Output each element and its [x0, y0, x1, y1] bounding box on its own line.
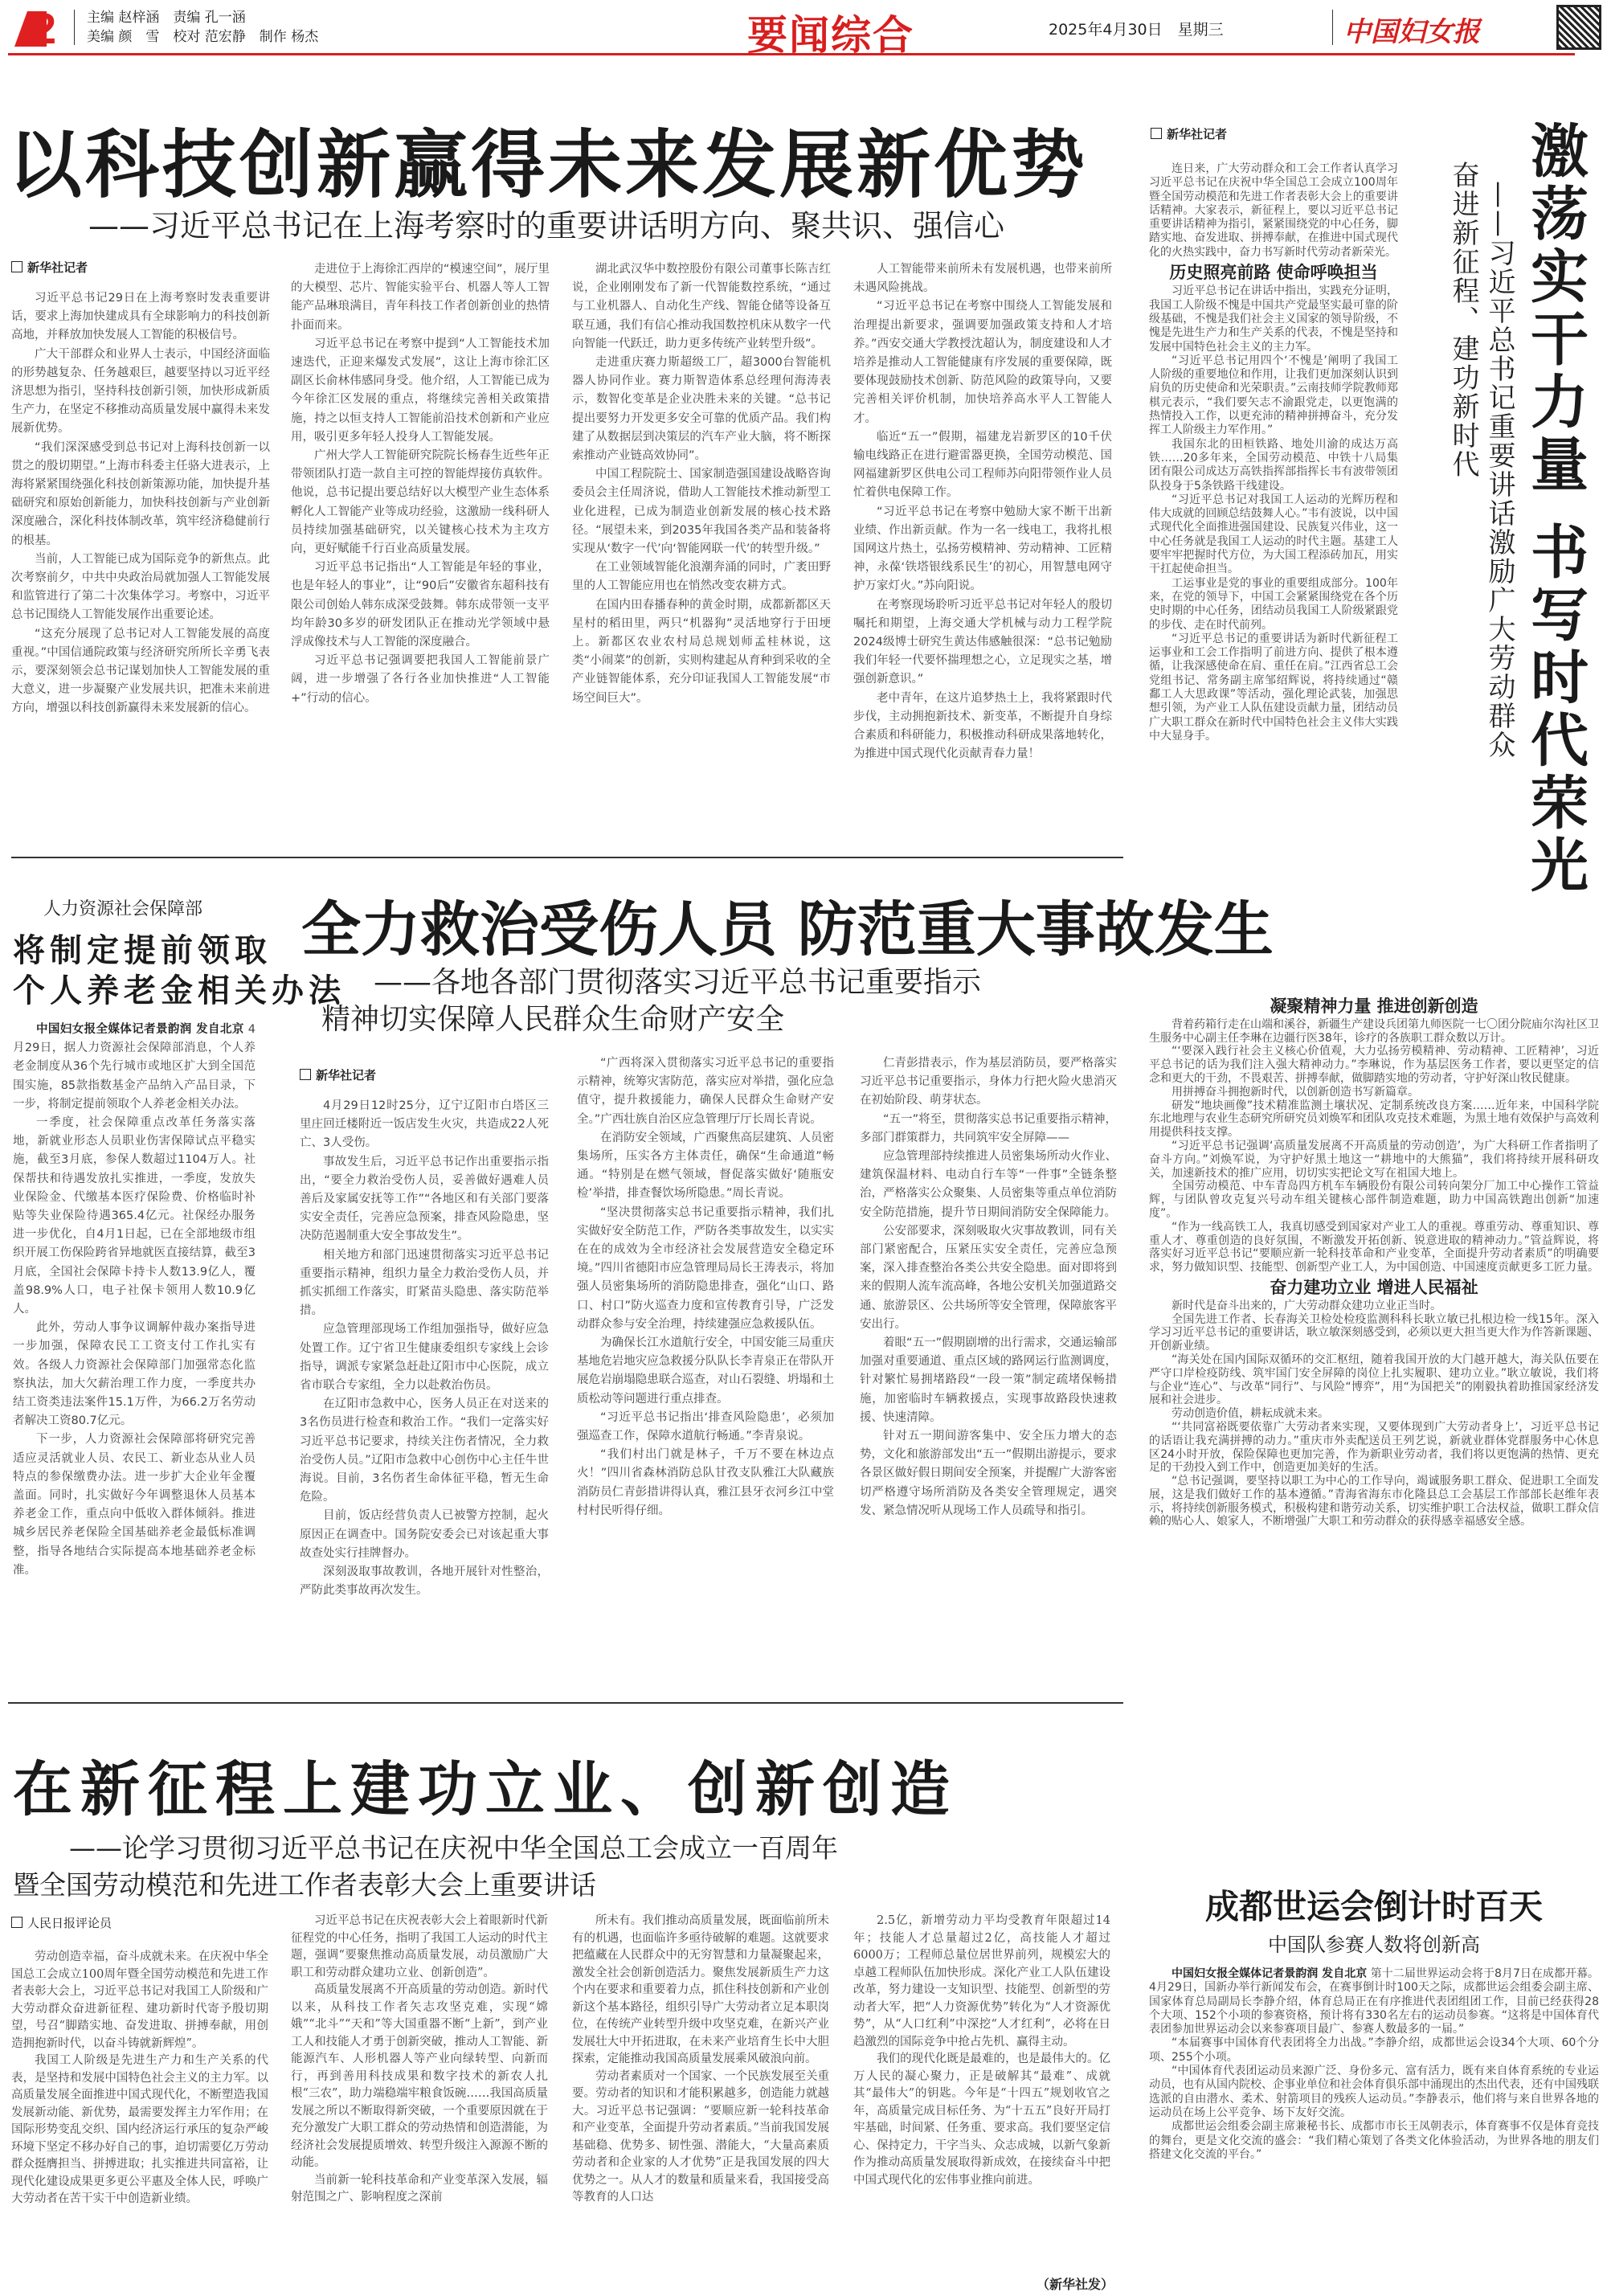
paragraph: 应急管理部持续推进人员密集场所动火作业、建筑保温材料、电动自行车等“一件事”全链…	[860, 1148, 1117, 1222]
paragraph: 我国工人阶级是先进生产力和生产关系的代表，是坚持和发展中国特色社会主义的主力军。…	[11, 2052, 268, 2208]
paragraph: “广西将深入贯彻落实习近平总书记的重要指示精神，统筹灾害防范，落实应对举措，强化…	[577, 1054, 834, 1129]
paragraph: 应急管理部现场工作组加强指导，做好应急处置工作。辽宁省卫生健康委组织专家线上会诊…	[300, 1320, 549, 1395]
newspaper-logo: 中国妇女报	[1343, 10, 1480, 49]
paragraph: 事故发生后，习近平总书记作出重要指示指出，“要全力救治受伤人员，妥善做好遇难人员…	[300, 1153, 549, 1246]
paragraph: 习近平总书记强调要把我国人工智能前景广阔，进一步增强了各行各业加快推进“人工智能…	[291, 652, 550, 708]
paragraph: “习近平总书记在考察中勉励大家不断干出新业绩、作出新贡献。作为一名一线电工，我将…	[853, 503, 1112, 596]
fire-byline: 新华社记者	[300, 1066, 376, 1083]
paragraph: “习近平总书记指出‘排查风险隐患’，必须加强巡查工作，保障水道航行畅通。”李青泉…	[577, 1409, 834, 1446]
divider	[74, 10, 75, 45]
paragraph: 劳动创造幸福，奋斗成就未来。在庆祝中华全国总工会成立100周年暨全国劳动模范和先…	[11, 1949, 268, 2052]
paragraph: 临近“五一”假期，福建龙岩新罗区的10千伏输电线路正在进行避雷器更换，全国劳动模…	[853, 428, 1112, 503]
paragraph: 仁青彭措表示，作为基层消防员，要严格落实习近平总书记重要指示，身体力行把火险火患…	[860, 1054, 1117, 1111]
paragraph: 背着药箱行走在山端和溪谷，新疆生产建设兵团第九师医院一七〇团分院庙尔沟社区卫生服…	[1149, 1018, 1599, 1046]
section-rule	[8, 1702, 1123, 1704]
paragraph: 当前，人工智能已成为国际竞争的新焦点。此次考察前夕，中共中央政治局就加强人工智能…	[11, 550, 270, 625]
paragraph: “习近平总书记对我国工人运动的光辉历程和伟大成就的回顾总结鼓舞人心。”韦有波说，…	[1149, 493, 1398, 577]
editorial-column-3: 所未有。我们推动高质量发展，既面临前所未有的机遇，也面临许多亟待破解的难题。这就…	[572, 1913, 829, 2207]
sidebar-body: 连日来，广大劳动群众和工会工作者认真学习习近平总书记在庆祝中华全国总工会成立10…	[1149, 162, 1398, 743]
paragraph: “坚决贯彻落实总书记重要指示精神，我们扎实做好安全防范工作，严防各类事故发生，以…	[577, 1204, 834, 1334]
paragraph: “作为一线高铁工人，我真切感受到国家对产业工人的重视。尊重劳动、尊重知识、尊重人…	[1149, 1221, 1599, 1275]
editorial-headline: 在新征程上建功立业、创新创造	[13, 1742, 958, 1827]
fire-column-1: 4月29日12时25分，辽宁辽阳市白塔区三里庄回迁楼附近一饭店发生火灾，共造成2…	[300, 1097, 549, 1600]
sidebar-subheadline-1: ——习近平总书记重要讲话激励广大劳动群众	[1482, 181, 1516, 759]
paragraph: 老中青年，在这片追梦热土上，我将紧跟时代步伐，主动拥抱新技术、新变革，不断提升自…	[853, 690, 1112, 764]
pension-headline: 将制定提前领取 个人养老金相关办法	[13, 931, 346, 1011]
page-number: 2	[32, 5, 56, 53]
fire-subheadline-line-2: 精神切实保障人民群众生命财产安全	[321, 1001, 981, 1038]
paragraph: “本届赛事中国体育代表团将全力出战。”李静介绍，成都世运会设34个大项、60个分…	[1149, 2036, 1599, 2065]
paragraph: 一季度，社会保障重点改革任务落实落地，新就业形态人员职业伤害保障试点平稳实施，截…	[13, 1114, 256, 1319]
issue-date: 2025年4月30日 星期三	[1049, 18, 1224, 39]
paragraph: 人工智能带来前所未有发展机遇，也带来前所未遇风险挑战。	[853, 260, 1112, 297]
paragraph: 着眼“五一”假期剧增的出行需求，交通运输部加强对重要通道、重点区域的路网运行监测…	[860, 1334, 1117, 1427]
paragraph: 公安部要求，深刻吸取火灾事故教训，同有关部门紧密配合，压紧压实安全责任，完善应急…	[860, 1222, 1117, 1334]
credits-line-2: 美编 颜 雪 校对 范宏静 制作 杨杰	[87, 27, 318, 47]
games-subheadline: 中国队参赛人数将创新高	[1149, 1929, 1599, 1957]
lead-column-3: 湖北武汉华中数控股份有限公司董事长陈吉红说，企业刚刚发布了新一代智能数控系统，“…	[572, 260, 831, 708]
paragraph: 此外，劳动人事争议调解仲裁办案指导进一步加强，保障农民工工资支付工作扎实有效。各…	[13, 1319, 256, 1430]
pension-headline-line-2: 个人养老金相关办法	[13, 971, 346, 1011]
editorial-byline: 人民日报评论员	[11, 1914, 112, 1931]
editorial-subheadline-line-1: ——论学习贯彻习近平总书记在庆祝中华全国总工会成立一百周年	[69, 1830, 838, 1867]
lead-byline: 新华社记者	[11, 259, 88, 276]
paragraph: “习近平总书记的重要讲话为新时代新征程工运事业和工会工作指明了前进方向、提供了根…	[1149, 632, 1398, 743]
paragraph: 劳动创造价值，耕耘成就未来。	[1149, 1407, 1599, 1421]
editorial-column-2: 习近平总书记在庆祝表彰大会上着眼新时代新征程党的中心任务，指明了我国工人运动的时…	[291, 1913, 548, 2207]
qr-code-icon[interactable]	[1556, 5, 1601, 50]
sidebar-section-heading: 凝聚精神力量 推进创新创造	[1149, 1000, 1599, 1013]
paragraph: “‘共同富裕既要依靠广大劳动者来实现，又要体现到广大劳动者身上’，习近平总书记的…	[1149, 1421, 1599, 1475]
paragraph: 中国工程院院士、国家制造强国建设战略咨询委员会主任周济说，借助人工智能技术推动新…	[572, 465, 831, 559]
paragraph: “总书记强调，要坚持以职工为中心的工作导向，竭诚服务职工群众、促进职工全面发展，…	[1149, 1475, 1599, 1529]
paragraph: 走进位于上海徐汇西岸的“模速空间”，展厅里的大模型、芯片、智能实验平台、机器人等…	[291, 260, 550, 335]
sidebar-body-wide: 凝聚精神力量 推进创新创造背着药箱行走在山端和溪谷，新疆生产建设兵团第九师医院一…	[1149, 993, 1599, 1529]
editorial-signoff: （新华社发）	[1037, 2274, 1114, 2293]
paragraph: 成都世运会组委会副主席兼秘书长、成都市市长王凤朝表示，体育赛事不仅是体育竞技的舞…	[1149, 2120, 1599, 2162]
paragraph: “中国体育代表团运动员来源广泛、身份多元、富有活力，既有来自体育系统的专业运动员…	[1149, 2065, 1599, 2120]
editor-credits: 主编 赵梓涵 责编 孔一涵 美编 颜 雪 校对 范宏静 制作 杨杰	[87, 8, 318, 47]
paragraph: 用拼搏奋斗拥抱新时代，以创新创造书写新篇章。	[1149, 1086, 1599, 1099]
games-body: 中国妇女报全媒体记者景韵润 发自北京 第十二届世界运动会将于8月7日在成都开幕。…	[1149, 1967, 1599, 2162]
paragraph: 全国劳动模范、中车青岛四方机车车辆股份有限公司转向架分厂加工中心操作工管益辉，与…	[1149, 1180, 1599, 1220]
paragraph: 全国先进工作者、长春海关卫检处检疫监测科科长耿立敏已扎根边检一线15年。深入学习…	[1149, 1313, 1599, 1353]
paragraph: 走进重庆赛力斯超级工厂，超3000台智能机器人协同作业。赛力斯智造体系总经理何海…	[572, 354, 831, 465]
lead-column-1: 习近平总书记29日在上海考察时发表重要讲话，要求上海加快建成具有全球影响力的科技…	[11, 289, 270, 718]
editorial-subheadline-line-2: 暨全国劳动模范和先进工作者表彰大会上重要讲话	[13, 1867, 838, 1904]
sidebar-intro: 连日来，广大劳动群众和工会工作者认真学习习近平总书记在庆祝中华全国总工会成立10…	[1149, 162, 1398, 260]
fire-subheadline-line-1: ——各地各部门贯彻落实习近平总书记重要指示	[374, 964, 981, 1001]
paragraph: “我们村出门就是林子，千万不要在林边点火！”四川省森林消防总队甘孜支队雅江大队藏…	[577, 1446, 834, 1520]
paragraph: 深刻汲取事故教训，各地开展针对性整治，严防此类事故再次发生。	[300, 1563, 549, 1600]
paragraph: “五一”将至，贯彻落实总书记重要指示精神，多部门群策群力，共同筑牢安全屏障——	[860, 1111, 1117, 1148]
pension-headline-line-1: 将制定提前领取	[13, 931, 346, 971]
paragraph: 针对五一期间游客集中、安全压力增大的态势，文化和旅游部发出“五一”假期出游提示，…	[860, 1427, 1117, 1520]
paragraph: “海关处在国内国际双循环的交汇枢纽，随着我国开放的大门越开越大，海关队伍要在严守…	[1149, 1353, 1599, 1407]
sidebar-headline: 激荡实干力量 书写时代荣光	[1523, 121, 1587, 898]
paragraph: “我们深深感受到总书记对上海科技创新一以贯之的殷切期望。”上海市科委主任骆大进表…	[11, 439, 270, 550]
paragraph: 2.5亿，新增劳动力平均受教育年限超过14年；技能人才总量超过2亿，高技能人才超…	[853, 1913, 1110, 2051]
pension-dateline: 中国妇女报全媒体记者景韵润 发自北京	[36, 1023, 244, 1036]
sidebar-section-heading: 历史照亮前路 使命呼唤担当	[1149, 266, 1398, 280]
pension-body: 中国妇女报全媒体记者景韵润 发自北京 4月29日，据人力资源社会保障部消息，个人…	[13, 1021, 256, 1580]
paragraph: 为确保长江水道航行安全，中国安能三局重庆基地危岩地灾应急救援分队队长李青泉正在带…	[577, 1334, 834, 1409]
lead-subheadline: ——习近平总书记在上海考察时的重要讲话明方向、聚共识、强信心	[88, 201, 1004, 245]
credits-line-1: 主编 赵梓涵 责编 孔一涵	[87, 8, 318, 27]
sidebar-section-heading: 奋力建功立业 增进人民福祉	[1149, 1281, 1599, 1295]
section-rule	[11, 857, 1123, 858]
paragraph: 习近平总书记指出“人工智能是年轻的事业，也是年轻人的事业”，让“90后”安徽省东…	[291, 559, 550, 652]
paragraph: 目前，饭店经营负责人已被警方控制，起火原因正在调查中。国务院安委会已对该起重大事…	[300, 1507, 549, 1563]
paragraph: “习近平总书记在考察中围绕人工智能发展和治理提出新要求，强调要加强政策支持和人才…	[853, 297, 1112, 428]
paragraph: 当前新一轮科技革命和产业变革深入发展，辐射范围之广、影响程度之深前	[291, 2172, 548, 2207]
pension-kicker: 人力资源社会保障部	[43, 895, 202, 920]
lead-headline: 以科技创新赢得未来发展新优势	[8, 106, 1088, 212]
paragraph: 工运事业是党的事业的重要组成部分。100年来，在党的领导下，中国工会紧紧围绕党在…	[1149, 577, 1398, 632]
games-dateline: 中国妇女报全媒体记者景韵润 发自北京	[1172, 1967, 1367, 1980]
paragraph: 4月29日，据人力资源社会保障部消息，个人养老金制度从36个先行城市或地区扩大到…	[13, 1023, 256, 1111]
paragraph: 在消防安全领域，广西聚焦高层建筑、人员密集场所，压实各方主体责任，确保“生命通道…	[577, 1129, 834, 1204]
paragraph: 我们的现代化既是最难的，也是最伟大的。亿万人民的凝心聚力，正是破解其“最难”、成…	[853, 2051, 1110, 2189]
fire-headline: 全力救治受伤人员 防范重大事故发生	[301, 882, 1274, 968]
masthead-rule	[8, 53, 1575, 55]
sidebar-byline: 新华社记者	[1151, 125, 1227, 142]
fire-subheadline: ——各地各部门贯彻落实习近平总书记重要指示 精神切实保障人民群众生命财产安全	[321, 964, 981, 1038]
editorial-subheadline: ——论学习贯彻习近平总书记在庆祝中华全国总工会成立一百周年 暨全国劳动模范和先进…	[13, 1830, 838, 1904]
lead-column-2: 走进位于上海徐汇西岸的“模速空间”，展厅里的大模型、芯片、智能实验平台、机器人等…	[291, 260, 550, 708]
paragraph: 广州大学人工智能研究院院长杨春生近些年正带领团队打造一款自主可控的智能焊接仿真软…	[291, 447, 550, 559]
games-headline: 成都世运会倒计时百天	[1149, 1881, 1599, 1929]
paragraph: 在国内田春播春种的黄金时期，成都新都区天星村的稻田里，两只“机器狗”灵活地穿行于…	[572, 596, 831, 708]
divider	[1332, 10, 1333, 45]
editorial-column-4: 2.5亿，新增劳动力平均受教育年限超过14年；技能人才总量超过2亿，高技能人才超…	[853, 1913, 1110, 2189]
editorial-column-1: 劳动创造幸福，奋斗成就未来。在庆祝中华全国总工会成立100周年暨全国劳动模范和先…	[11, 1949, 268, 2208]
paragraph: 在工业领域智能化浪潮奔涌的同时，广袤田野里的人工智能应用也在悄然改变农耕方式。	[572, 559, 831, 595]
paragraph: 劳动者素质对一个国家、一个民族发展至关重要。劳动者的知识和才能积累越多，创造能力…	[572, 2069, 829, 2207]
paragraph: 广大干部群众和业界人士表示，中国经济面临的形势越复杂、任务越艰巨，越要坚持以习近…	[11, 346, 270, 439]
paragraph: “这充分展现了总书记对人工智能发展的高度重视。”中国信通院政策与经济研究所所长辛…	[11, 625, 270, 718]
paragraph: 习近平总书记在考察中提到“人工智能技术加速迭代，正迎来爆发式发展”，这让上海市徐…	[291, 335, 550, 447]
paragraph: 所未有。我们推动高质量发展，既面临前所未有的机遇，也面临许多亟待破解的难题。这就…	[572, 1913, 829, 2069]
paragraph: “‘要深入践行社会主义核心价值观，大力弘扬劳模精神、劳动精神、工匠精神’，习近平…	[1149, 1045, 1599, 1085]
paragraph: 在辽阳市急救中心，医务人员正在对送来的3名伤员进行检查和救治工作。“我们一定落实…	[300, 1395, 549, 1507]
paragraph: 湖北武汉华中数控股份有限公司董事长陈吉红说，企业刚刚发布了新一代智能数控系统，“…	[572, 260, 831, 354]
paragraph: 新时代是奋斗出来的，广大劳动群众建功立业正当时。	[1149, 1299, 1599, 1313]
paragraph: 我国东北的田桓铁路、地处川渝的成达万高铁……20多年来，全国劳动模范、中铁十八局…	[1149, 438, 1398, 493]
paragraph: 4月29日12时25分，辽宁辽阳市白塔区三里庄回迁楼附近一饭店发生火灾，共造成2…	[300, 1097, 549, 1153]
fire-column-2: “广西将深入贯彻落实习近平总书记的重要指示精神，统筹灾害防范，落实应对举措，强化…	[577, 1054, 834, 1520]
paragraph: “习近平总书记强调‘高质量发展离不开高质量的劳动创造’，为广大科研工作者指明了奋…	[1149, 1140, 1599, 1180]
paragraph: 下一步，人力资源社会保障部将研究完善适应灵活就业人员、农民工、新业态从业人员特点…	[13, 1430, 256, 1580]
sidebar-subheadline-2: 奋进新征程、建功新时代	[1446, 161, 1480, 479]
paragraph: “习近平总书记用四个‘不愧是’阐明了我国工人阶级的重要地位和作用，让我们更加深刻…	[1149, 354, 1398, 438]
paragraph: 相关地方和部门迅速贯彻落实习近平总书记重要指示精神，组织力量全力救治受伤人员，并…	[300, 1246, 549, 1321]
masthead: 2 主编 赵梓涵 责编 孔一涵 美编 颜 雪 校对 范宏静 制作 杨杰 要闻综合…	[0, 0, 1607, 58]
paragraph: 习近平总书记在庆祝表彰大会上着眼新时代新征程党的中心任务，指明了我国工人运动的时…	[291, 1913, 548, 1982]
paragraph: 习近平总书记在讲话中指出，实践充分证明，我国工人阶级不愧是中国共产党最坚实最可靠…	[1149, 284, 1398, 354]
paragraph: 研发“地块画像”技术精准监测土壤状况、定制系统改良方案……近年来，中国科学院东北…	[1149, 1099, 1599, 1140]
fire-column-3: 仁青彭措表示，作为基层消防员，要严格落实习近平总书记重要指示，身体力行把火险火患…	[860, 1054, 1117, 1520]
paragraph: 在考察现场聆听习近平总书记对年轻人的殷切嘱托和期望，上海交通大学机械与动力工程学…	[853, 596, 1112, 690]
paragraph: 习近平总书记29日在上海考察时发表重要讲话，要求上海加快建成具有全球影响力的科技…	[11, 289, 270, 346]
lead-column-4: 人工智能带来前所未有发展机遇，也带来前所未遇风险挑战。“习近平总书记在考察中围绕…	[853, 260, 1112, 763]
paragraph: 高质量发展离不开高质量的劳动创造。新时代以来，从科技工作者矢志攻坚克难，实现“嫦…	[291, 1982, 548, 2172]
